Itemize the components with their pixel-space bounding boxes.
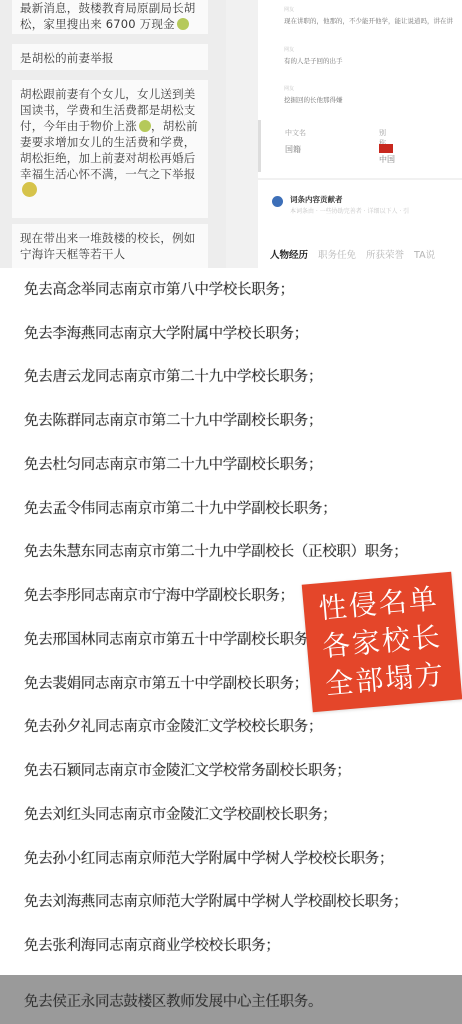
comment-author: 网友	[284, 46, 462, 53]
list-item: 免去刘红头同志南京市金陵汇文学校副校长职务；	[24, 803, 336, 824]
infobox-nationality-row: 国籍 中国	[285, 144, 301, 155]
comment-item: 网友 现在讲职的，他那的，不少能开他学，能让说道吗，讲在讲	[284, 6, 462, 25]
chat-message-line: 现在带出来一堆鼓楼的校长，例如	[20, 230, 200, 246]
tab-honors[interactable]: 所获荣誉	[366, 247, 404, 261]
chat-message-text: ，胡松前	[151, 119, 198, 133]
comment-text: 挖掘回的长他那得嫌	[284, 95, 462, 104]
chat-message-2: 是胡松的前妻举报	[12, 44, 208, 70]
smile-emoji-icon	[22, 182, 37, 197]
chat-message-1: 最新消息，鼓楼教育局原副局长胡 松，家里搜出来 6700 万现金	[12, 0, 208, 34]
chat-message-text: 付，今年由于物价上涨	[20, 119, 137, 133]
chat-message-line	[20, 182, 200, 199]
chat-message-line: 国读书，学费和生活费都是胡松支	[20, 102, 200, 118]
list-item: 免去孙夕礼同志南京市金陵汇文学校校长职务；	[24, 715, 322, 736]
comment-item: 网友 挖掘回的长他那得嫌	[284, 85, 462, 104]
red-stamp-overlay: 性侵名单 各家校长 全部塌方	[302, 572, 462, 713]
tab-career[interactable]: 人物经历	[270, 247, 308, 261]
list-item: 免去杜匀同志南京市第二十九中学副校长职务；	[24, 453, 322, 474]
list-item: 免去朱慧东同志南京市第二十九中学副校长（正校职）职务；	[24, 540, 407, 561]
list-item: 免去裴娟同志南京市第五十中学副校长职务；	[24, 672, 308, 693]
chat-message-3: 胡松跟前妻有个女儿，女儿送到美 国读书，学费和生活费都是胡松支 付，今年由于物价…	[12, 80, 208, 218]
chat-message-line: 胡松拒绝，加上前妻对胡松再婚后	[20, 150, 200, 166]
chat-message-line: 最新消息，鼓楼教育局原副局长胡	[20, 0, 200, 16]
shaded-footer-bar: 免去侯正永同志鼓楼区教师发展中心主任职务。	[0, 975, 462, 1024]
list-item: 免去刘海燕同志南京师范大学附属中学树人学校副校长职务；	[24, 890, 407, 911]
smile-emoji-icon	[139, 120, 151, 132]
section-divider	[258, 178, 462, 180]
chat-message-line: 幸福生活心怀不满，一气之下举报	[20, 166, 200, 182]
infobox-label-row: 中文名 别称	[285, 128, 306, 138]
list-item: 免去石颖同志南京市金陵汇文学校常务副校长职务；	[24, 759, 351, 780]
section-tabs: 人物经历 职务任免 所获荣誉 TA说	[270, 247, 435, 261]
tab-ta-says[interactable]: TA说	[414, 247, 435, 261]
comment-text: 现在讲职的，他那的，不少能开他学，能让说道吗，讲在讲	[284, 16, 462, 25]
contributor-avatar-icon	[272, 196, 283, 207]
list-item: 免去孙小红同志南京师范大学附属中学树人学校校长职务；	[24, 847, 393, 868]
nationality-text: 中国	[379, 155, 395, 164]
list-item: 免去李海燕同志南京大学附属中学校长职务；	[24, 322, 308, 343]
list-item: 免去邢国林同志南京市第五十中学副校长职务；	[24, 628, 322, 649]
comment-text: 有的人是子回的出手	[284, 56, 462, 65]
chat-panel: 最新消息，鼓楼教育局原副局长胡 松，家里搜出来 6700 万现金 是胡松的前妻举…	[0, 0, 226, 268]
infobox: 中文名 别称 国籍 中国	[258, 120, 462, 172]
chat-message-line: 是胡松的前妻举报	[20, 50, 200, 66]
encyclopedia-panel: 网友 现在讲职的，他那的，不少能开他学，能让说道吗，讲在讲 网友 有的人是子回的…	[258, 0, 462, 268]
tab-appointments[interactable]: 职务任免	[318, 247, 356, 261]
list-item: 免去孟令伟同志南京市第二十九中学副校长职务；	[24, 497, 336, 518]
list-item: 免去唐云龙同志南京市第二十九中学校长职务；	[24, 365, 322, 386]
chat-message-4: 现在带出来一堆鼓楼的校长，例如 宁海许天框等若干人	[12, 224, 208, 268]
nationality-label: 国籍	[285, 145, 301, 154]
comment-author: 网友	[284, 6, 462, 13]
china-flag-icon	[379, 144, 393, 153]
contributor-subtitle: 本词条由 · 一些协助完善者 · 详细以下人 · 引	[290, 206, 409, 215]
list-item-last: 免去侯正永同志鼓楼区教师发展中心主任职务。	[24, 990, 322, 1011]
infobox-label: 中文名	[285, 129, 306, 137]
chat-message-text: 松，家里搜出来 6700 万现金	[20, 17, 175, 31]
list-item: 免去陈群同志南京市第二十九中学副校长职务；	[24, 409, 322, 430]
list-item: 免去高念举同志南京市第八中学校长职务；	[24, 278, 294, 299]
list-item: 免去张利海同志南京商业学校校长职务；	[24, 934, 280, 955]
chat-message-line: 胡松跟前妻有个女儿，女儿送到美	[20, 86, 200, 102]
panel-gutter	[226, 0, 258, 268]
chat-message-line: 松，家里搜出来 6700 万现金	[20, 16, 200, 32]
comment-author: 网友	[284, 85, 462, 92]
nationality-value: 中国	[379, 144, 397, 165]
list-item: 免去李彤同志南京市宁海中学副校长职务；	[24, 584, 294, 605]
top-screenshot-composite: 最新消息，鼓楼教育局原副局长胡 松，家里搜出来 6700 万现金 是胡松的前妻举…	[0, 0, 462, 268]
chat-message-line: 付，今年由于物价上涨，胡松前	[20, 118, 200, 134]
comment-item: 网友 有的人是子回的出手	[284, 46, 462, 65]
chat-message-line: 宁海许天框等若干人	[20, 246, 200, 262]
contributor-title: 词条内容贡献者	[290, 194, 343, 205]
smile-emoji-icon	[177, 18, 189, 30]
chat-message-line: 妻要求增加女儿的生活费和学费，	[20, 134, 200, 150]
